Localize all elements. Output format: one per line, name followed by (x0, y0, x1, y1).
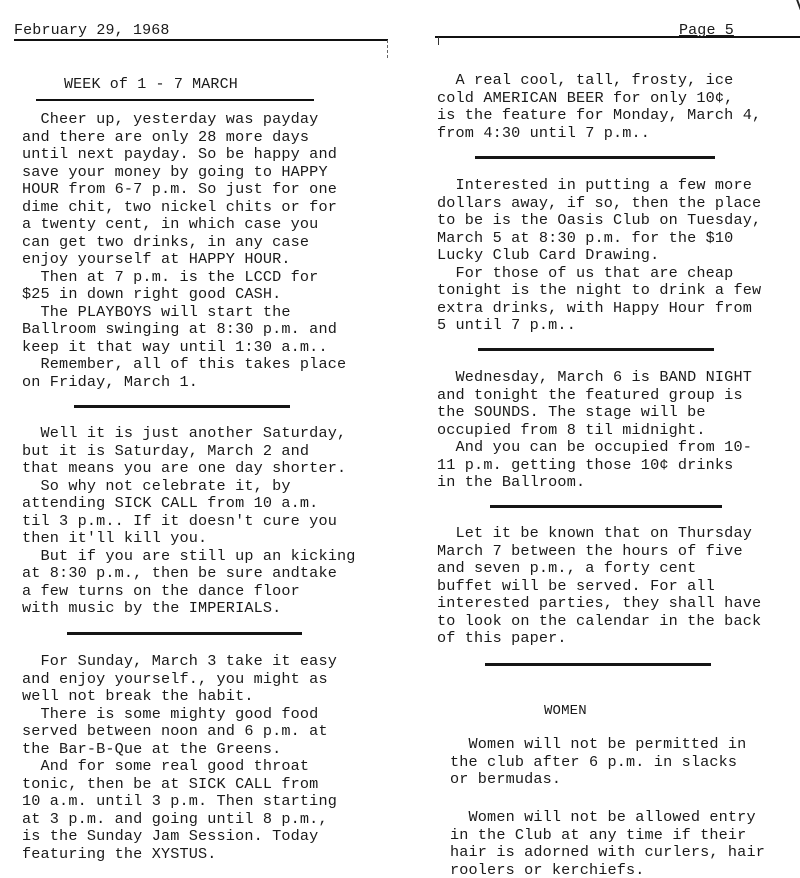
column-border-tick (438, 37, 439, 45)
paragraph-line: Cheer up, yesterday was payday (22, 111, 346, 129)
paragraph-line: hair is adorned with curlers, hair (450, 844, 765, 862)
paragraph-line: March 7 between the hours of five (437, 543, 761, 561)
paragraph-line: March 5 at 8:30 p.m. for the $10 (437, 230, 761, 248)
title-underline (36, 99, 314, 101)
paragraph-line: So why not celebrate it, by (22, 478, 356, 496)
paragraph-tuesday-card-drawing: Interested in putting a few moredollars … (437, 177, 761, 335)
paragraph-line: is the feature for Monday, March 4, (437, 107, 761, 125)
issue-date: February 29, 1968 (14, 22, 170, 40)
paragraph-wednesday-band-night: Wednesday, March 6 is BAND NIGHTand toni… (437, 369, 752, 492)
header-rule-left (14, 39, 388, 41)
corner-mark (790, 0, 800, 10)
paragraph-line: HOUR from 6-7 p.m. So just for one (22, 181, 346, 199)
paragraph-line: at 8:30 p.m., then be sure andtake (22, 565, 356, 583)
paragraph-line: cold AMERICAN BEER for only 10¢, (437, 90, 761, 108)
paragraph-line: A real cool, tall, frosty, ice (437, 72, 761, 90)
paragraph-line: and tonight the featured group is (437, 387, 752, 405)
paragraph-women-hair-rule: Women will not be allowed entryin the Cl… (450, 809, 765, 878)
paragraph-line: and enjoy yourself., you might as (22, 671, 337, 689)
paragraph-line: the Bar-B-Que at the Greens. (22, 741, 337, 759)
paragraph-line: a twenty cent, in which case you (22, 216, 346, 234)
paragraph-line: And for some real good throat (22, 758, 337, 776)
paragraph-line: to look on the calendar in the back (437, 613, 761, 631)
section-divider (490, 505, 722, 508)
paragraph-line: There is some mighty good food (22, 706, 337, 724)
paragraph-line: at 3 p.m. and going until 8 p.m., (22, 811, 337, 829)
paragraph-line: Let it be known that on Thursday (437, 525, 761, 543)
paragraph-line: but it is Saturday, March 2 and (22, 443, 356, 461)
paragraph-line: dime chit, two nickel chits or for (22, 199, 346, 217)
section-divider (67, 632, 302, 635)
paragraph-line: or bermudas. (450, 771, 746, 789)
paragraph-line: a few turns on the dance floor (22, 583, 356, 601)
paragraph-line: tonight is the night to drink a few (437, 282, 761, 300)
paragraph-line: keep it that way until 1:30 a.m.. (22, 339, 346, 357)
newsletter-page: February 29, 1968 Page 5 WEEK of 1 - 7 M… (0, 0, 800, 878)
paragraph-line: the club after 6 p.m. in slacks (450, 754, 746, 772)
paragraph-line: Interested in putting a few more (437, 177, 761, 195)
paragraph-saturday-sick-call: Well it is just another Saturday,but it … (22, 425, 356, 618)
paragraph-line: For those of us that are cheap (437, 265, 761, 283)
paragraph-line: of this paper. (437, 630, 761, 648)
paragraph-line: But if you are still up an kicking (22, 548, 356, 566)
paragraph-line: in the Ballroom. (437, 474, 752, 492)
paragraph-line: and seven p.m., a forty cent (437, 560, 761, 578)
paragraph-line: featuring the XYSTUS. (22, 846, 337, 864)
paragraph-line: well not break the habit. (22, 688, 337, 706)
paragraph-line: $25 in down right good CASH. (22, 286, 346, 304)
paragraph-line: 11 p.m. getting those 10¢ drinks (437, 457, 752, 475)
paragraph-line: 5 until 7 p.m.. (437, 317, 761, 335)
paragraph-line: from 4:30 until 7 p.m.. (437, 125, 761, 143)
paragraph-line: occupied from 8 til midnight. (437, 422, 752, 440)
header-rule-right (435, 36, 800, 38)
paragraph-line: enjoy yourself at HAPPY HOUR. (22, 251, 346, 269)
paragraph-line: and there are only 28 more days (22, 129, 346, 147)
paragraph-line: interested parties, they shall have (437, 595, 761, 613)
paragraph-line: served between noon and 6 p.m. at (22, 723, 337, 741)
paragraph-line: buffet will be served. For all (437, 578, 761, 596)
section-divider (74, 405, 290, 408)
paragraph-monday-american-beer: A real cool, tall, frosty, icecold AMERI… (437, 72, 761, 142)
paragraph-line: is the Sunday Jam Session. Today (22, 828, 337, 846)
paragraph-line: attending SICK CALL from 10 a.m. (22, 495, 356, 513)
paragraph-line: Lucky Club Card Drawing. (437, 247, 761, 265)
section-divider (478, 348, 714, 351)
paragraph-line: 10 a.m. until 3 p.m. Then starting (22, 793, 337, 811)
paragraph-line: in the Club at any time if their (450, 827, 765, 845)
paragraph-line: For Sunday, March 3 take it easy (22, 653, 337, 671)
paragraph-line: dollars away, if so, then the place (437, 195, 761, 213)
paragraph-line: extra drinks, with Happy Hour from (437, 300, 761, 318)
women-section-title: WOMEN (544, 703, 587, 721)
paragraph-line: to be is the Oasis Club on Tuesday, (437, 212, 761, 230)
paragraph-line: that means you are one day shorter. (22, 460, 356, 478)
paragraph-line: on Friday, March 1. (22, 374, 346, 392)
paragraph-line: until next payday. So be happy and (22, 146, 346, 164)
paragraph-line: Remember, all of this takes place (22, 356, 346, 374)
paragraph-line: Ballroom swinging at 8:30 p.m. and (22, 321, 346, 339)
section-divider (475, 156, 715, 159)
paragraph-line: can get two drinks, in any case (22, 234, 346, 252)
paragraph-line: Wednesday, March 6 is BAND NIGHT (437, 369, 752, 387)
paragraph-sunday-jam-session: For Sunday, March 3 take it easyand enjo… (22, 653, 337, 863)
paragraph-line: Then at 7 p.m. is the LCCD for (22, 269, 346, 287)
paragraph-line: roolers or kerchiefs. (450, 862, 765, 878)
paragraph-line: The PLAYBOYS will start the (22, 304, 346, 322)
paragraph-line: save your money by going to HAPPY (22, 164, 346, 182)
section-divider (485, 663, 711, 666)
paragraph-line: the SOUNDS. The stage will be (437, 404, 752, 422)
paragraph-line: Well it is just another Saturday, (22, 425, 356, 443)
week-title: WEEK of 1 - 7 MARCH (64, 76, 238, 94)
paragraph-women-dress-code: Women will not be permitted inthe club a… (450, 736, 746, 789)
column-border-tick (387, 40, 388, 58)
paragraph-line: with music by the IMPERIALS. (22, 600, 356, 618)
paragraph-thursday-buffet: Let it be known that on ThursdayMarch 7 … (437, 525, 761, 648)
paragraph-friday-happy-hour: Cheer up, yesterday was paydayand there … (22, 111, 346, 391)
paragraph-line: then it'll kill you. (22, 530, 356, 548)
paragraph-line: Women will not be allowed entry (450, 809, 765, 827)
paragraph-line: til 3 p.m.. If it doesn't cure you (22, 513, 356, 531)
paragraph-line: Women will not be permitted in (450, 736, 746, 754)
paragraph-line: And you can be occupied from 10- (437, 439, 752, 457)
paragraph-line: tonic, then be at SICK CALL from (22, 776, 337, 794)
